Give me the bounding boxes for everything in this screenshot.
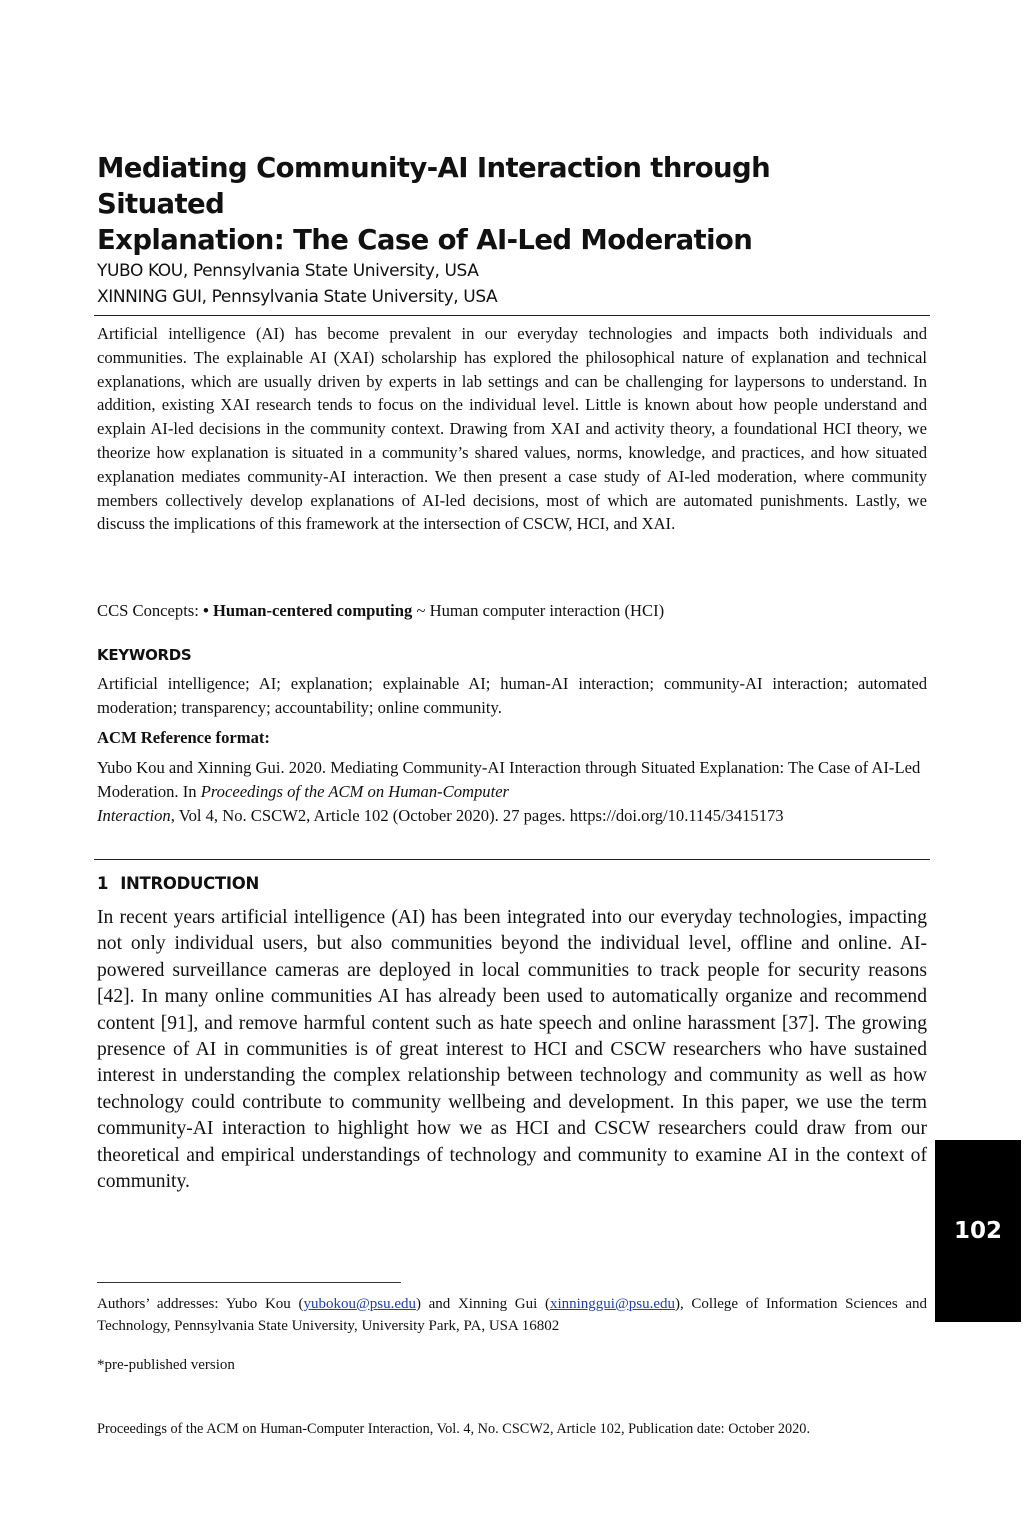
title-line-1: Mediating Community-AI Interaction throu… (97, 150, 897, 222)
abstract: Artificial intelligence (AI) has become … (97, 322, 927, 536)
keywords-text: Artificial intelligence; AI; explanation… (97, 672, 927, 720)
author-1: YUBO KOU, Pennsylvania State University,… (97, 258, 927, 284)
acm-ref-venue-1: Proceedings of the ACM on Human-Computer (201, 782, 509, 801)
footnote-divider (97, 1282, 401, 1283)
section-number: 1 (97, 874, 108, 893)
acm-reference-text: Yubo Kou and Xinning Gui. 2020. Mediatin… (97, 756, 932, 828)
email-link-xinninggui[interactable]: xinninggui@psu.edu (550, 1296, 675, 1312)
prepublished-note: *pre-published version (97, 1357, 235, 1374)
section-divider (94, 859, 930, 860)
keywords-heading: KEYWORDS (97, 646, 191, 664)
article-number: 102 (954, 1218, 1002, 1244)
footnote-prefix: Authors’ addresses: Yubo Kou ( (97, 1296, 303, 1312)
acm-ref-part-2: , Vol 4, No. CSCW2, Article 102 (October… (171, 806, 784, 825)
ccs-label: CCS Concepts: (97, 601, 199, 620)
email-link-yubokou[interactable]: yubokou@psu.edu (303, 1296, 416, 1312)
acm-reference-heading: ACM Reference format: (97, 728, 270, 748)
ccs-concepts: CCS Concepts: • Human-centered computing… (97, 600, 927, 622)
author-list: YUBO KOU, Pennsylvania State University,… (97, 258, 927, 310)
ccs-primary: Human-centered computing (213, 601, 412, 620)
title-line-2: Explanation: The Case of AI-Led Moderati… (97, 222, 897, 258)
ccs-secondary: ~ Human computer interaction (HCI) (416, 601, 664, 620)
section-title: INTRODUCTION (120, 874, 259, 893)
acm-ref-venue-2: Interaction (97, 806, 171, 825)
authors-addresses-footnote: Authors’ addresses: Yubo Kou (yubokou@ps… (97, 1293, 927, 1337)
running-footer: Proceedings of the ACM on Human-Computer… (97, 1421, 810, 1438)
header-divider (94, 315, 930, 316)
introduction-paragraph: In recent years artificial intelligence … (97, 905, 927, 1195)
paper-title: Mediating Community-AI Interaction throu… (97, 150, 897, 258)
author-2: XINNING GUI, Pennsylvania State Universi… (97, 284, 927, 310)
section-heading-introduction: 1INTRODUCTION (97, 874, 259, 893)
footnote-middle: ) and Xinning Gui ( (416, 1296, 550, 1312)
ccs-bullet: • (203, 601, 209, 620)
article-number-tab: 102 (935, 1140, 1021, 1322)
